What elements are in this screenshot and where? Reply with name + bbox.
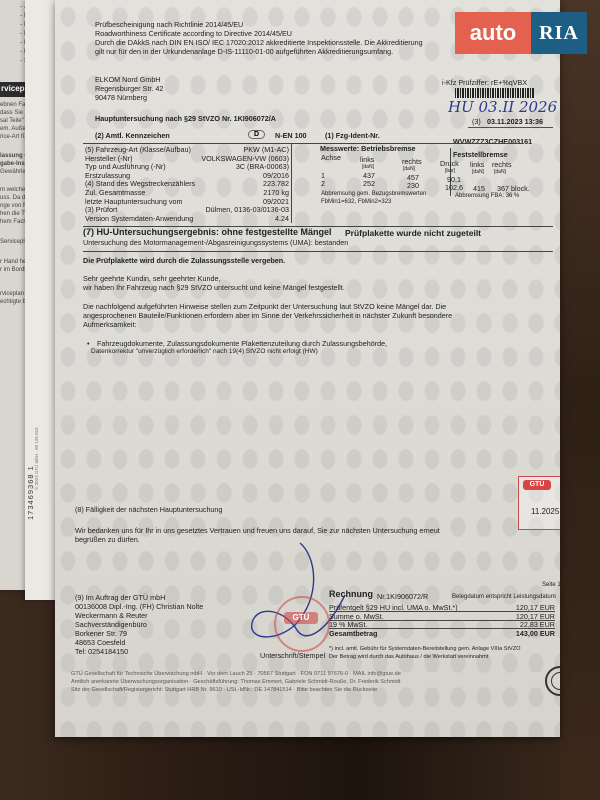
brake-cell: 252 (363, 179, 375, 188)
address-city: 90478 Nürnberg (95, 93, 147, 102)
autoria-watermark: auto RIA (455, 12, 587, 54)
gtue-stamp-logo: GTÜ (523, 480, 551, 490)
watermark-ria: RIA (531, 12, 587, 54)
footer-line: Sitz der Gesellschaft/Registergericht: S… (71, 686, 377, 694)
closing-line: begrüßen zu dürfen. (75, 535, 140, 544)
kfz-pruefziffer: i-Kfz Prüfziffer: rE+%qVBX (442, 78, 527, 87)
inspection-datetime: 03.11.2023 13:36 (487, 117, 543, 126)
invoice-row-amount: 143,00 EUR (475, 629, 555, 638)
inspection-certificate: Prüfbescheinigung nach Richtlinie 2014/4… (55, 0, 560, 737)
invoice-row-label: Gesamtbetrag (329, 629, 377, 638)
next-hu-date: 11.2025 (531, 507, 559, 516)
booklet-text: rviceplan (0, 290, 24, 298)
round-stamp-logo: GTÜ (284, 612, 318, 624)
inspector-line: 48653 Coesfeld (75, 638, 125, 647)
header-line: Durch die DAkkS nach DIN EN ISO/ IEC 170… (95, 38, 423, 47)
table-edge (560, 0, 600, 800)
inspector-line: 00136008 Dipl.-Ing. (FH) Christian Nolte (75, 602, 203, 611)
barcode (455, 88, 535, 98)
watermark-auto: auto (455, 12, 531, 54)
invoice-date-note: Belegdatum entspricht Leistungsdatum (452, 593, 556, 602)
booklet-text: r Hand he (0, 258, 26, 266)
brake-note: FbMin1=632, FbMin2=323 (321, 198, 391, 207)
footer-line: Amtlich anerkannte Überwachungsorganisat… (71, 678, 400, 686)
country-badge: D (248, 130, 265, 139)
plate-number: N-EN 100 (275, 131, 307, 140)
hu-title: Hauptuntersuchung nach §29 StVZO Nr. 1KI… (95, 114, 276, 123)
booklet-text: m welcher (0, 186, 27, 194)
inspector-line: Tel: 0254184150 (75, 647, 128, 656)
header-line: Prüfbescheinigung nach Richtlinie 2014/4… (95, 20, 243, 29)
address-street: Regensburger Str. 42 (95, 84, 163, 93)
header-line: Roadworthiness Certificate according to … (95, 29, 292, 38)
vin-label: (1) Fzg-Ident-Nr. (325, 131, 380, 140)
inspector-line: Borkener Str. 79 (75, 629, 127, 638)
result-title: (7) HU-Untersuchungsergebnis: ohne festg… (83, 228, 332, 237)
parking-brake-title: Feststellbremse (453, 150, 508, 159)
unit: [daN] (494, 168, 506, 177)
brake-cell: 2 (321, 179, 325, 188)
hint-line: angesprochenen Bauteile/Funktionen erfor… (83, 311, 452, 320)
plakette-status: Prüfplakette wurde nicht zugeteilt (345, 229, 481, 238)
inspector-line: Weckermann & Reuter (75, 611, 148, 620)
col-axle: Achse (321, 153, 341, 162)
inspector-line: (9) Im Auftrag der GTÜ mbH (75, 593, 165, 602)
page-number: Seite 1 (542, 581, 560, 590)
inspection-label: (3) (472, 117, 481, 126)
bullet-icon: • (87, 339, 90, 348)
hint-bullet-2: Datenkorrektur "unverzüglich erforderlic… (91, 347, 318, 356)
divider (83, 143, 523, 144)
vehicle-field-label: Version Systemdaten-Anwendung (85, 214, 193, 223)
booklet-text: r im Bordb (0, 266, 28, 274)
inspector-line: Sachverständigenbüro (75, 620, 147, 629)
greeting: Sehr geehrte Kundin, sehr geehrter Kunde… (83, 274, 220, 283)
booklet-text: Serviceplä (0, 238, 28, 246)
hint-line: Aufmerksamkeit: (83, 320, 137, 329)
fba-note: Abbremsung FBA: 36 % (455, 192, 519, 201)
divider (83, 251, 553, 252)
side-small-print: © 2023 GTÜ mbH · 60 126 015 (34, 427, 39, 490)
closing-line: Wir bedanken uns für Ihr in uns gesetzte… (75, 526, 440, 535)
footer-line: GTÜ Gesellschaft für Technische Überwach… (71, 670, 401, 678)
unit: [daN] (472, 168, 484, 177)
letter-line: wir haben Ihr Fahrzeug nach §29 StVZO un… (83, 283, 345, 292)
vehicle-field-value: 4.24 (185, 214, 289, 223)
underline (468, 127, 553, 128)
address-company: ELKOM Nord GmbH (95, 75, 161, 84)
brake-cell: 230 (407, 181, 419, 190)
uma-result: Untersuchung des Motormanagement-/Abgasr… (83, 238, 348, 247)
invoice-number: Nr.1KI906072/R (377, 592, 428, 601)
brake-cell: 102,6 (445, 183, 463, 192)
plakette-notice: Die Prüfplakette wird durch die Zulassun… (83, 256, 285, 265)
gtue-round-stamp: GTÜ (274, 596, 330, 652)
brake-title: Messwerte: Betriebsbremse (320, 144, 415, 153)
divider (291, 143, 292, 223)
plate-label: (2) Amtl. Kennzeichen (95, 131, 170, 140)
next-hu-label: (8) Fälligkeit der nächsten Hauptuntersu… (75, 505, 222, 514)
invoice-title: Rechnung (329, 590, 373, 599)
invoice-footnote: Der Betrag wird durch das Autohaus / die… (329, 653, 488, 662)
vin-value: WVWZZZ3CZHE003161 (453, 137, 532, 146)
next-hu-stamp: GTÜ 11.2025 (518, 476, 560, 530)
header-line: gilt nur für den in der Urkundenanlage D… (95, 47, 393, 56)
hint-line: Die nachfolgend aufgeführten Hinweise st… (83, 302, 446, 311)
handwritten-hu-date: HU 03.II 2026 (448, 98, 557, 116)
